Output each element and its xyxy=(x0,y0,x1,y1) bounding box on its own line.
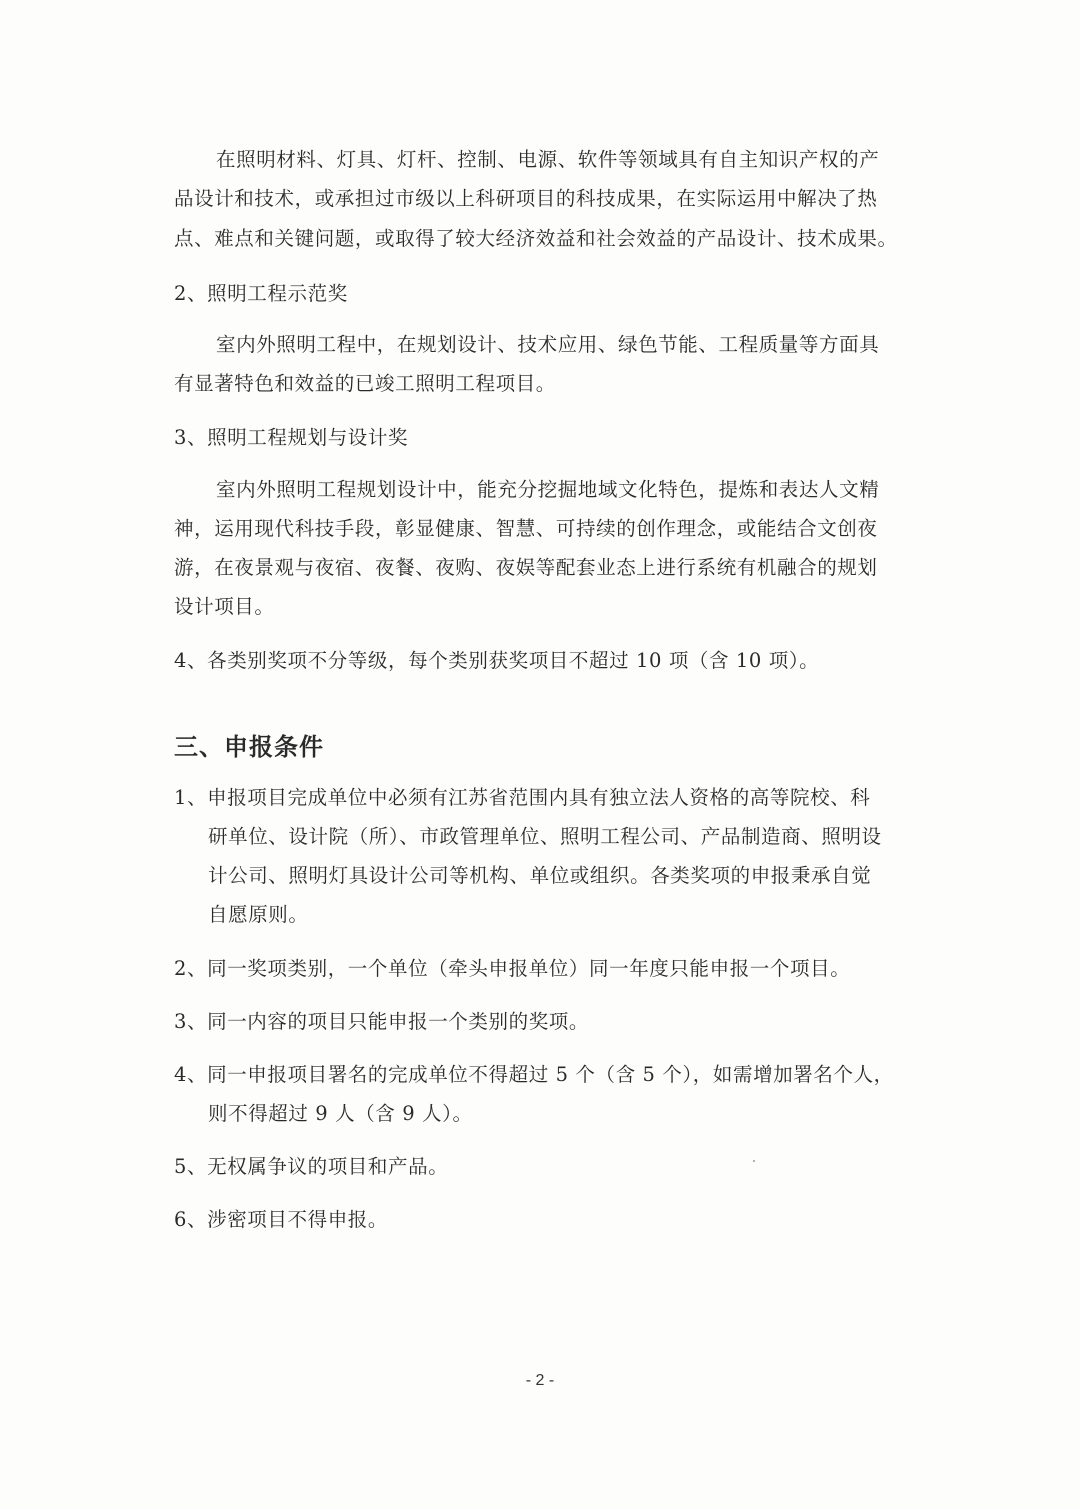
award-title: 3、照明工程规划与设计奖 xyxy=(174,426,408,450)
condition-item: 6、涉密项目不得申报。 xyxy=(174,1208,388,1232)
scan-speck xyxy=(753,1160,755,1162)
condition-line: 自愿原则。 xyxy=(208,903,309,927)
paragraph-line: 品设计和技术，或承担过市级以上科研项目的科技成果，在实际运用中解决了热 xyxy=(174,187,878,211)
paragraph-line: 点、难点和关键问题，或取得了较大经济效益和社会效益的产品设计、技术成果。 xyxy=(174,227,898,251)
paragraph-line: 有显著特色和效益的已竣工照明工程项目。 xyxy=(174,372,556,396)
condition-item: 2、同一奖项类别，一个单位（牵头申报单位）同一年度只能申报一个项目。 xyxy=(174,957,850,981)
condition-line: 4、同一申报项目署名的完成单位不得超过 5 个（含 5 个），如需增加署名个人， xyxy=(174,1063,894,1087)
section-heading: 三、申报条件 xyxy=(174,727,324,762)
award-grading-note: 4、各类别奖项不分等级，每个类别获奖项目不超过 10 项（含 10 项）。 xyxy=(174,649,819,673)
condition-line: 计公司、照明灯具设计公司等机构、单位或组织。各类奖项的申报秉承自觉 xyxy=(208,864,871,888)
paragraph-line: 神，运用现代科技手段，彰显健康、智慧、可持续的创作理念，或能结合文创夜 xyxy=(174,517,878,541)
award-title: 2、照明工程示范奖 xyxy=(174,282,348,306)
paragraph-line: 游，在夜景观与夜宿、夜餐、夜购、夜娱等配套业态上进行系统有机融合的规划 xyxy=(174,556,878,580)
paragraph-line: 室内外照明工程规划设计中，能充分挖掘地域文化特色，提炼和表达人文精 xyxy=(216,478,879,502)
condition-line: 1、申报项目完成单位中必须有江苏省范围内具有独立法人资格的高等院校、科 xyxy=(174,786,870,810)
paragraph-line: 室内外照明工程中，在规划设计、技术应用、绿色节能、工程质量等方面具 xyxy=(216,333,879,357)
condition-item: 5、无权属争议的项目和产品。 xyxy=(174,1155,448,1179)
document-page: 在照明材料、灯具、灯杆、控制、电源、软件等领域具有自主知识产权的产 品设计和技术… xyxy=(0,0,1080,1509)
paragraph-line: 设计项目。 xyxy=(174,595,275,619)
condition-line: 则不得超过 9 人（含 9 人）。 xyxy=(208,1102,473,1126)
paragraph-line: 在照明材料、灯具、灯杆、控制、电源、软件等领域具有自主知识产权的产 xyxy=(216,148,879,172)
condition-line: 研单位、设计院（所）、市政管理单位、照明工程公司、产品制造商、照明设 xyxy=(208,825,882,849)
page-number: - 2 - xyxy=(0,1372,1080,1390)
condition-item: 3、同一内容的项目只能申报一个类别的奖项。 xyxy=(174,1010,589,1034)
